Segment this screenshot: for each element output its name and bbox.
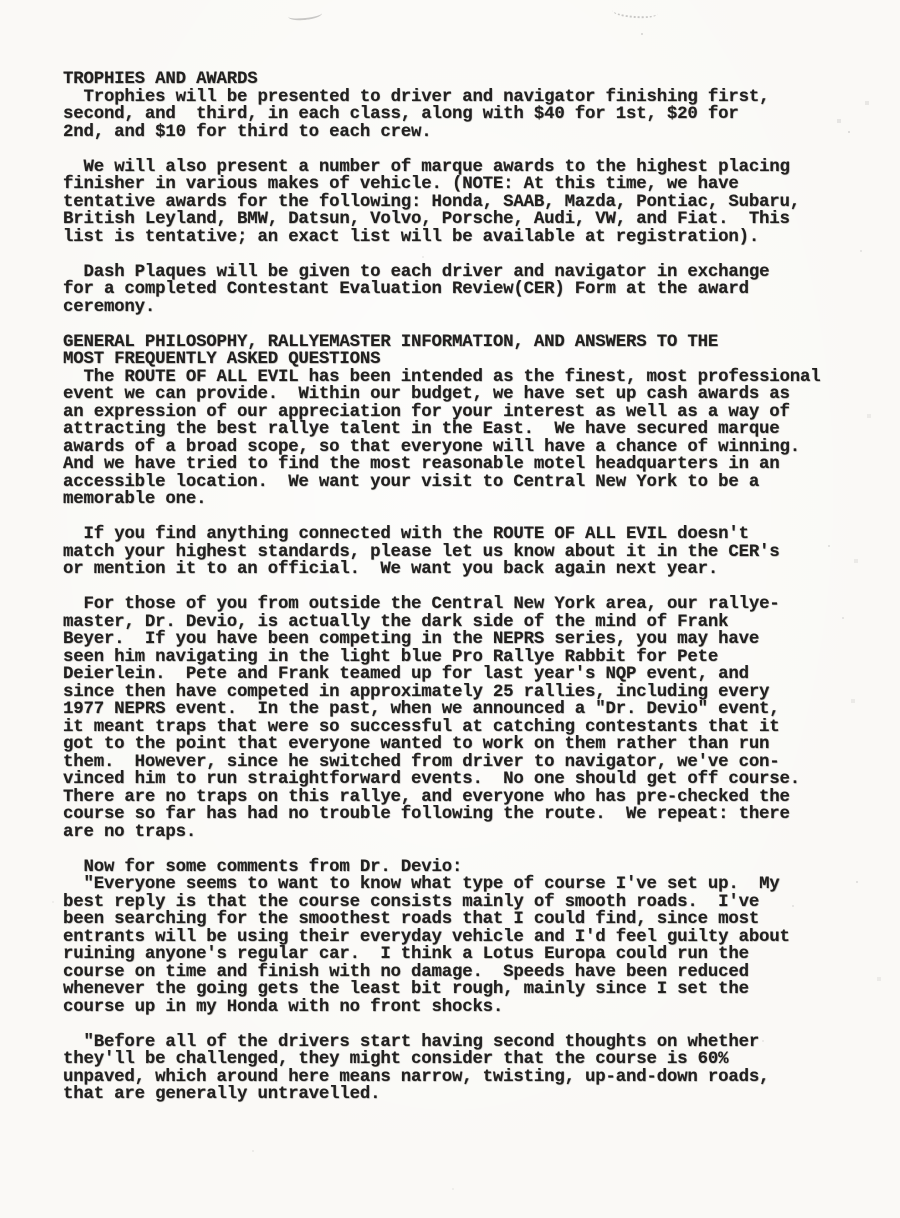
section-heading-general-philosophy: GENERAL PHILOSOPHY, RALLYEMASTER INFORMA… xyxy=(63,334,864,369)
scan-smudge-mark xyxy=(288,8,323,21)
paragraph-course-challenge: "Before all of the drivers start having … xyxy=(63,1034,864,1104)
paragraph-route-of-all-evil-intro: The ROUTE OF ALL EVIL has been intended … xyxy=(63,369,864,509)
scan-noise-speckles xyxy=(0,0,2,2)
scanned-document-page: TROPHIES AND AWARDS Trophies will be pre… xyxy=(0,0,900,1218)
section-heading-trophies-and-awards: TROPHIES AND AWARDS xyxy=(63,71,864,89)
paragraph-dr-devio-comments: Now for some comments from Dr. Devio: "E… xyxy=(63,859,864,1017)
paragraph-feedback-request: If you find anything connected with the … xyxy=(63,526,864,579)
paragraph-marque-awards: We will also present a number of marque … xyxy=(63,159,864,247)
paragraph-dash-plaques: Dash Plaques will be given to each drive… xyxy=(63,264,864,317)
scan-smudge-mark xyxy=(612,4,659,19)
paragraph-trophies-presented: Trophies will be presented to driver and… xyxy=(63,89,864,142)
paragraph-rallyemaster-background: For those of you from outside the Centra… xyxy=(63,596,864,841)
